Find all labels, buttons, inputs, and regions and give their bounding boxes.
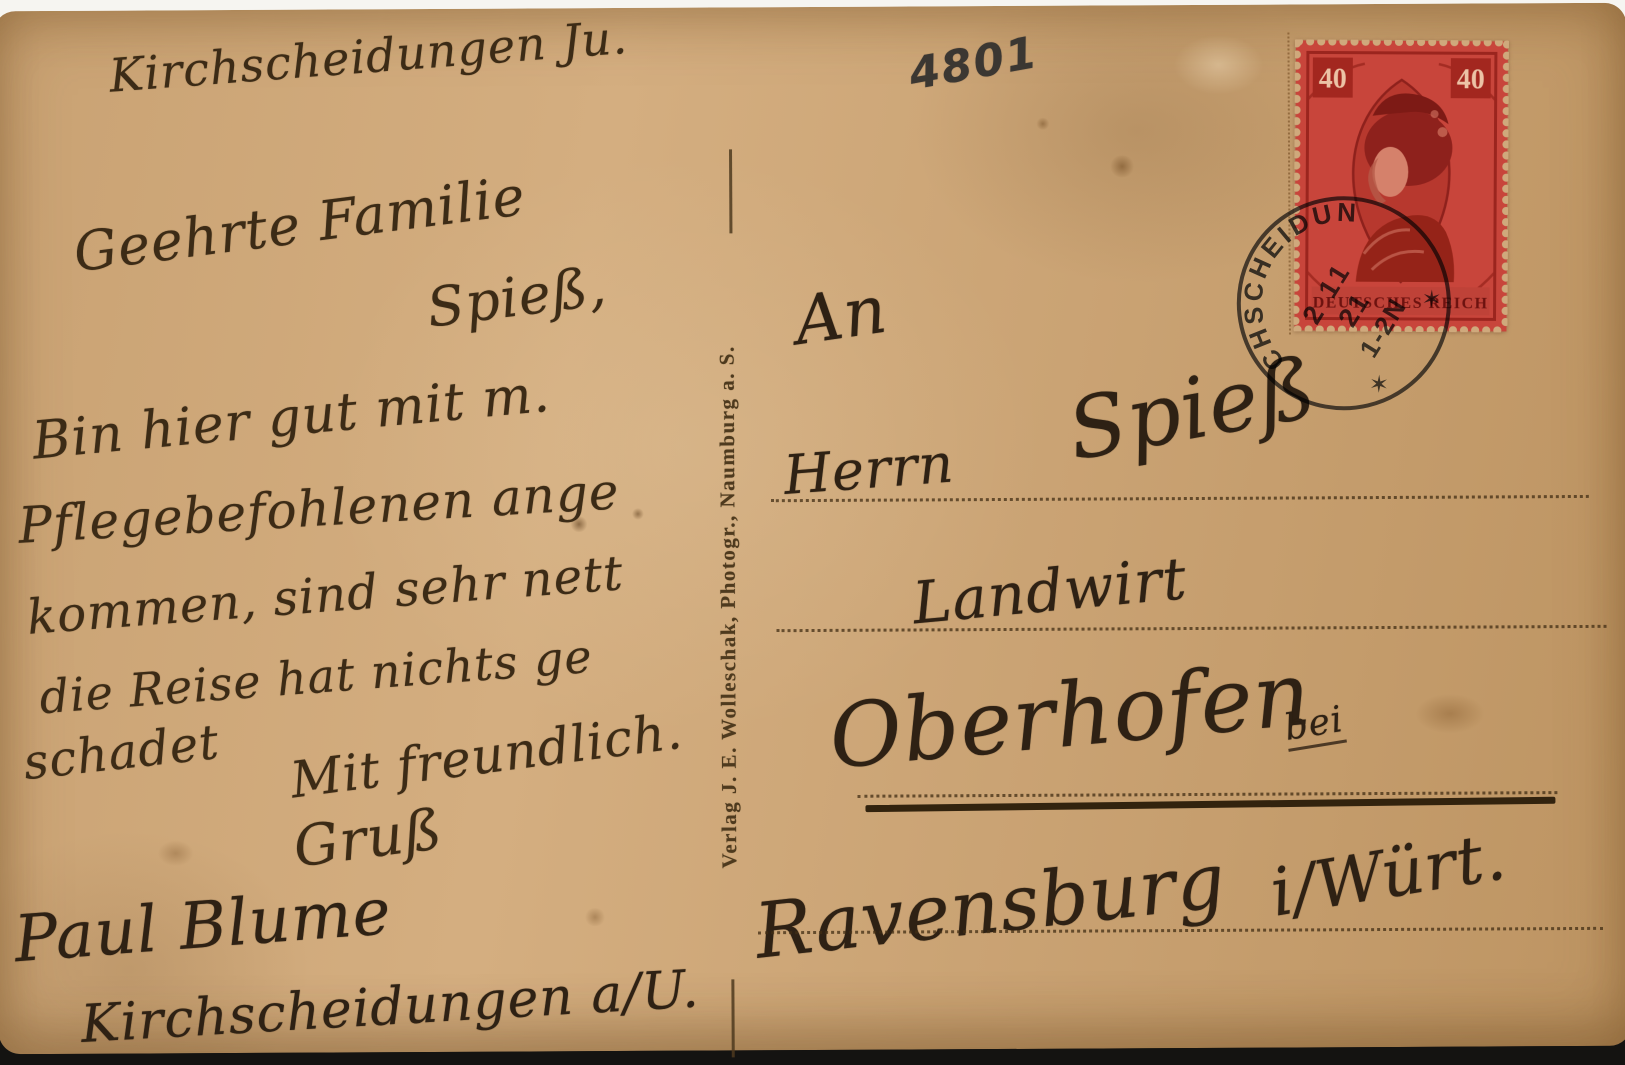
paper-stain: [158, 840, 194, 866]
message-line: Bin hier gut mit m.: [30, 368, 552, 468]
address-herrn: Herrn: [782, 436, 956, 503]
address-town: Ravensburg: [751, 842, 1229, 969]
postcard-scan: Kirchscheidungen Ju. Geehrte Familie Spi…: [0, 0, 1625, 1065]
address-region: i/Würt.: [1266, 823, 1511, 926]
publisher-imprint: Verlag J. E. Wolleschak, Photogr., Naumb…: [697, 235, 759, 977]
address-place: Oberhofen: [826, 650, 1315, 782]
handwritten-number: 4801: [905, 27, 1042, 101]
laurel-berry: [1437, 127, 1447, 137]
message-line: kommen, sind sehr nett: [25, 549, 625, 642]
address-underline-bar: [865, 797, 1555, 812]
paper-stain: [584, 908, 606, 926]
message-dateline: Kirchscheidungen Ju.: [108, 14, 630, 99]
paper-stain: [632, 508, 644, 520]
divider-rule-bottom: [731, 979, 734, 1057]
message-closing-word: Gruß: [291, 802, 446, 876]
address-an: An: [791, 277, 892, 356]
message-line: Pflegebefohlenen ange: [17, 466, 621, 551]
stamp-perforation-right: [1505, 44, 1506, 330]
laurel-berry: [1431, 110, 1439, 118]
postcard-back: Kirchscheidungen Ju. Geehrte Familie Spi…: [0, 3, 1625, 1055]
stamp-value-right: 40: [1457, 64, 1485, 95]
postmark-star-right: ✶: [1416, 284, 1450, 315]
message-salutation-name: Spieß,: [424, 259, 609, 335]
message-salutation: Geehrte Familie: [71, 169, 529, 280]
divider-rule-top: [729, 149, 732, 233]
message-closing: Mit freundlich.: [288, 706, 686, 806]
stamp-value-left: 40: [1319, 63, 1347, 94]
signature: Paul Blume: [12, 880, 393, 972]
postmark: KIRCHSCHEIDUNGEN ✶ ✶ 2 11 21 1-2N: [1192, 151, 1496, 455]
message-line: schadet: [21, 718, 222, 787]
address-dotted-line-3: [857, 791, 1557, 798]
paper-stain: [1173, 35, 1263, 95]
paper-stain: [1036, 118, 1050, 130]
paper-stain: [1109, 155, 1135, 177]
signature-place: Kirchscheidungen a/U.: [80, 963, 701, 1051]
address-dotted-line-2: [777, 625, 1607, 632]
address-occupation: Landwirt: [910, 549, 1189, 632]
paper-stain: [1415, 693, 1485, 733]
message-line: die Reise hat nichts ge: [38, 633, 594, 720]
address-place-suffix: bei: [1282, 702, 1347, 752]
